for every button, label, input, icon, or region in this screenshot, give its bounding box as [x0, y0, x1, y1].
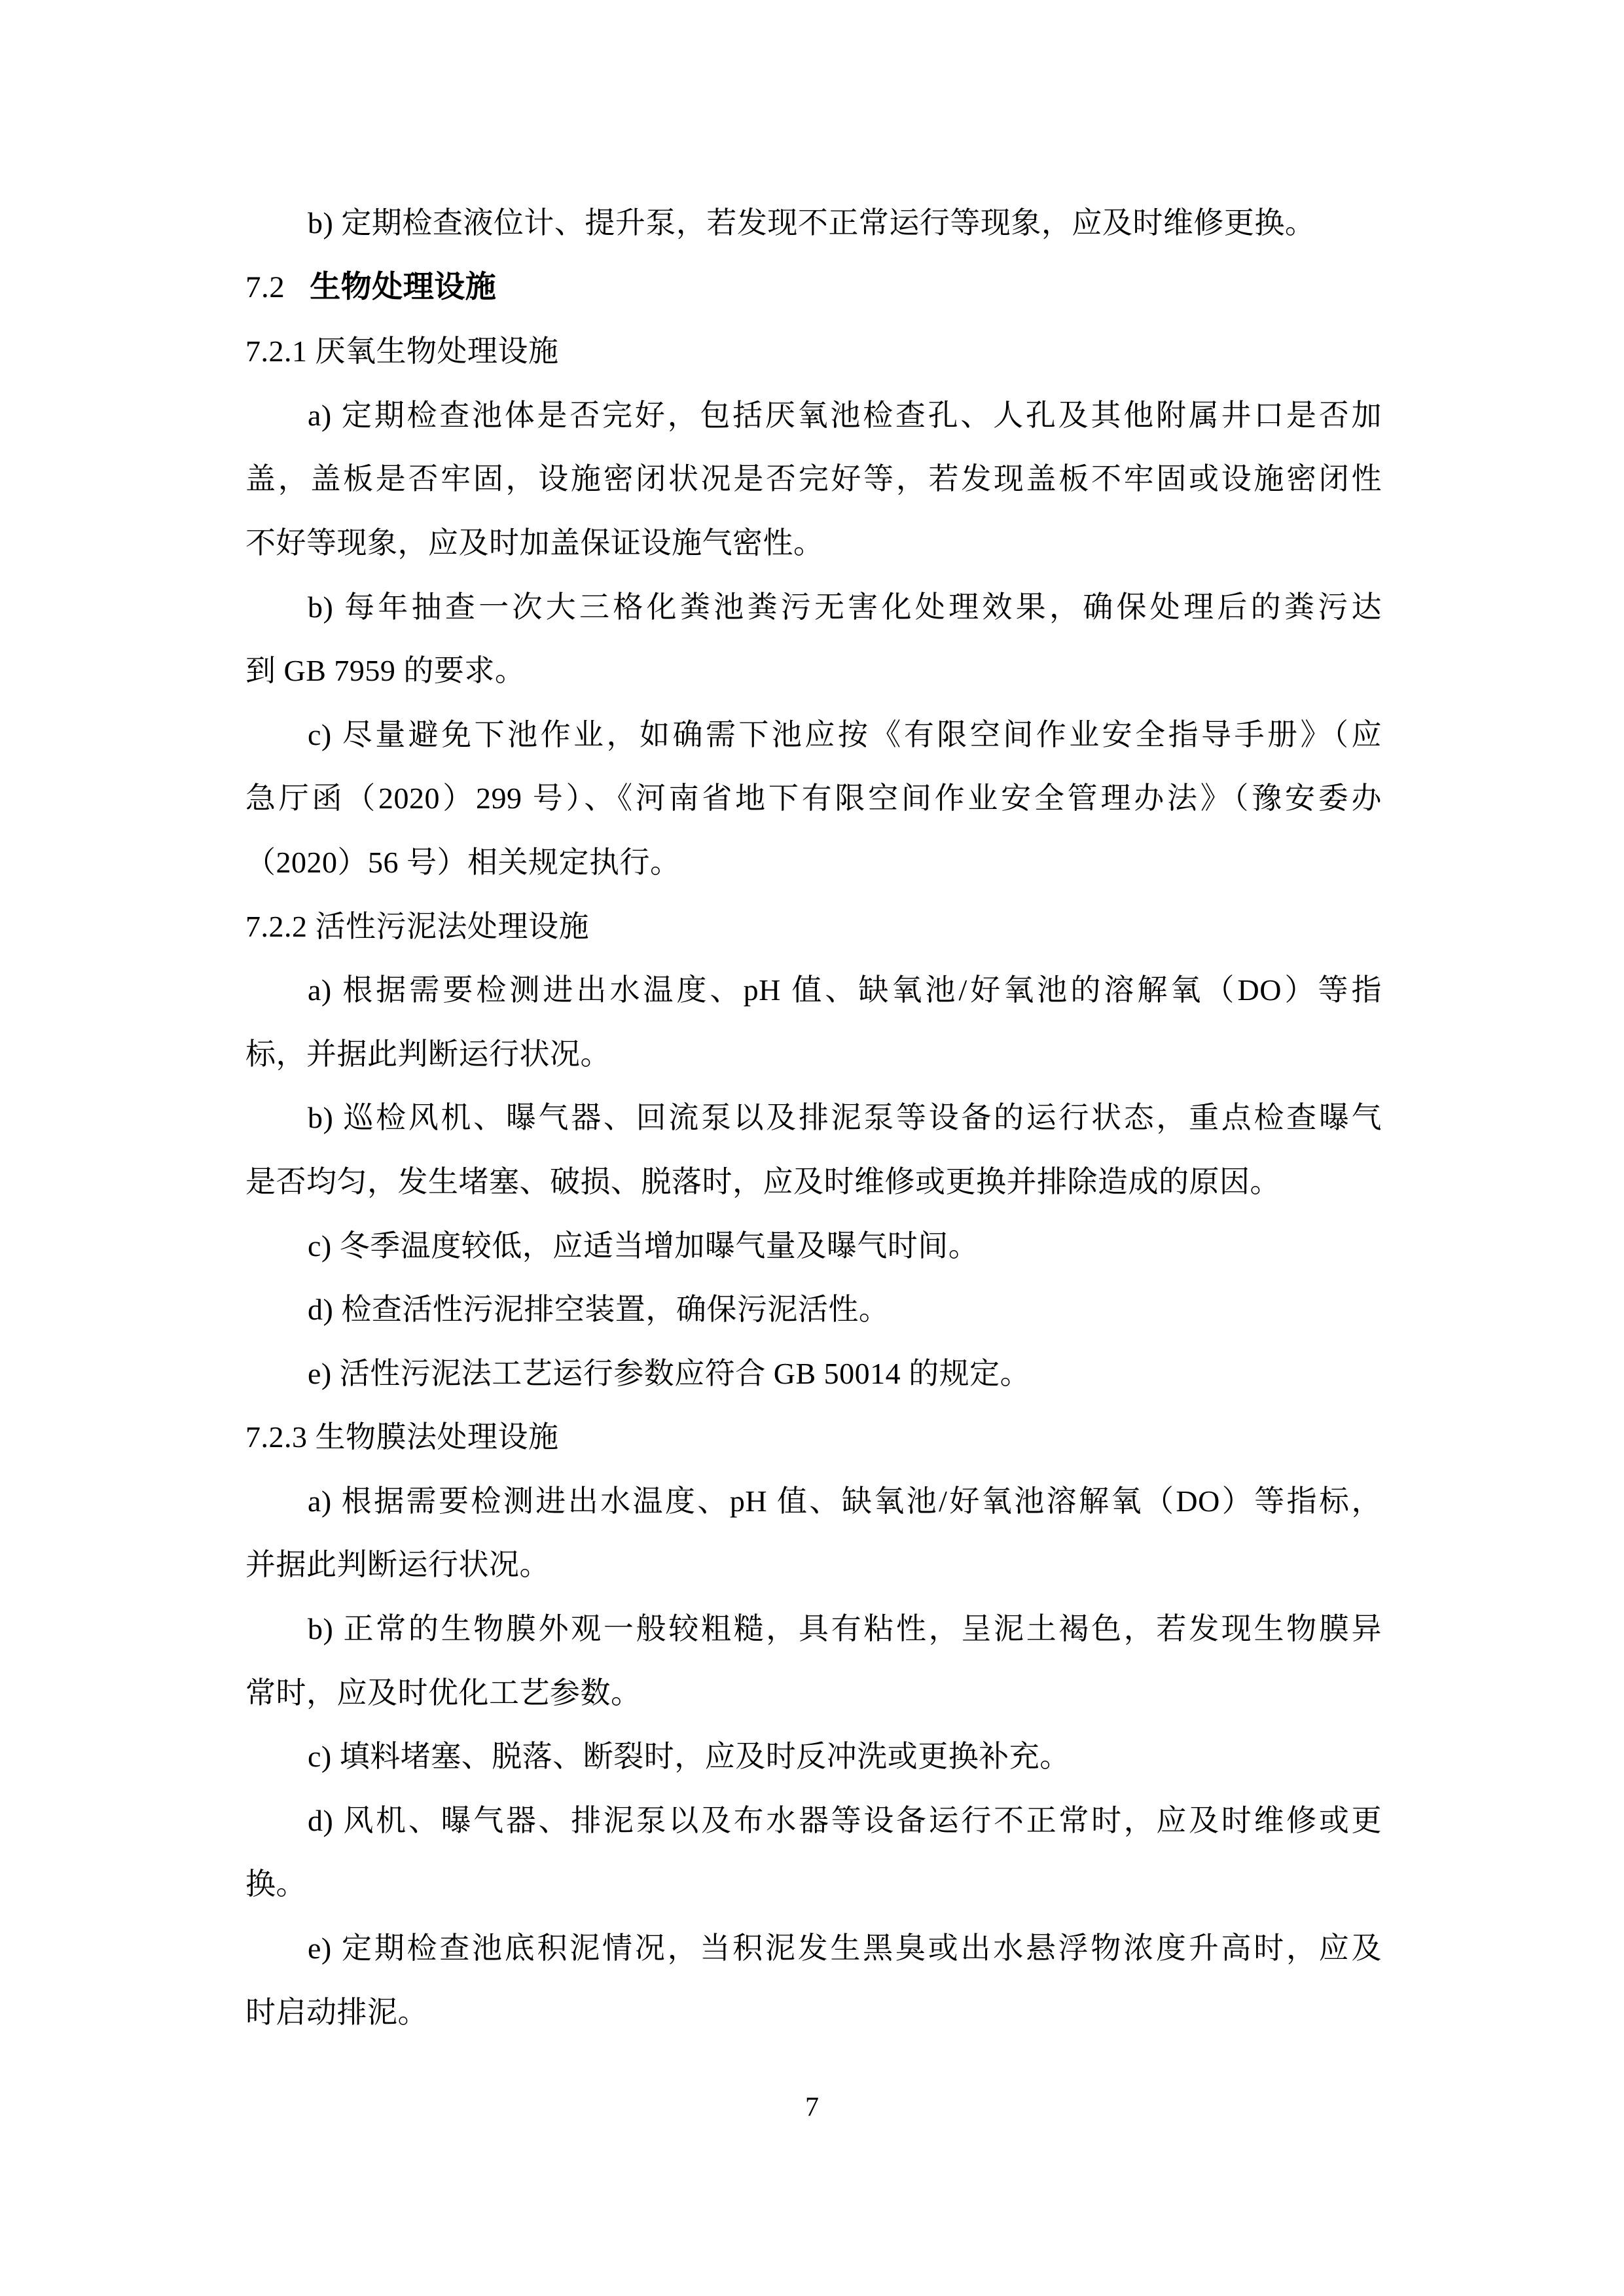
paragraph-line: b) 正常的生物膜外观一般较粗糙，具有粘性，呈泥土褐色，若发现生物膜异: [245, 1597, 1382, 1661]
paragraph-line: e) 活性污泥法工艺运行参数应符合 GB 50014 的规定。: [245, 1342, 1382, 1406]
section-heading: 7.2生物处理设施: [245, 255, 1382, 320]
paragraph-line: 常时，应及时优化工艺参数。: [245, 1661, 1382, 1725]
paragraph-line: b) 定期检查液位计、提升泵，若发现不正常运行等现象，应及时维修更换。: [245, 191, 1382, 255]
paragraph-line: 时启动排泥。: [245, 1981, 1382, 2045]
section-number: 7.2: [245, 270, 285, 304]
paragraph-line: c) 尽量避免下池作业，如确需下池应按《有限空间作业安全指导手册》（应: [245, 703, 1382, 767]
paragraph-line: d) 风机、曝气器、排泥泵以及布水器等设备运行不正常时，应及时维修或更: [245, 1789, 1382, 1853]
subsection-heading: 7.2.2 活性污泥法处理设施: [245, 895, 1382, 959]
paragraph-line: 急厅函（2020）299 号）、《河南省地下有限空间作业安全管理办法》（豫安委办: [245, 766, 1382, 831]
paragraph-line: 标，并据此判断运行状况。: [245, 1022, 1382, 1086]
document-body: b) 定期检查液位计、提升泵，若发现不正常运行等现象，应及时维修更换。 7.2生…: [245, 191, 1382, 2044]
subsection-heading: 7.2.3 生物膜法处理设施: [245, 1405, 1382, 1469]
paragraph-line: d) 检查活性污泥排空装置，确保污泥活性。: [245, 1278, 1382, 1342]
paragraph-line: c) 填料堵塞、脱落、断裂时，应及时反冲洗或更换补充。: [245, 1725, 1382, 1789]
paragraph-line: 换。: [245, 1852, 1382, 1916]
paragraph-line: b) 每年抽查一次大三格化粪池粪污无害化处理效果，确保处理后的粪污达: [245, 575, 1382, 639]
paragraph-line: 不好等现象，应及时加盖保证设施气密性。: [245, 511, 1382, 575]
paragraph-line: b) 巡检风机、曝气器、回流泵以及排泥泵等设备的运行状态，重点检查曝气: [245, 1086, 1382, 1150]
document-page: { "doc": { "page_number": "7", "lines": …: [0, 0, 1624, 2296]
page-number: 7: [0, 2088, 1624, 2127]
paragraph-line: e) 定期检查池底积泥情况，当积泥发生黑臭或出水悬浮物浓度升高时，应及: [245, 1916, 1382, 1981]
paragraph-line: 是否均匀，发生堵塞、破损、脱落时，应及时维修或更换并排除造成的原因。: [245, 1150, 1382, 1214]
subsection-heading: 7.2.1 厌氧生物处理设施: [245, 319, 1382, 384]
paragraph-line: a) 定期检查池体是否完好，包括厌氧池检查孔、人孔及其他附属井口是否加: [245, 384, 1382, 448]
paragraph-line: c) 冬季温度较低，应适当增加曝气量及曝气时间。: [245, 1214, 1382, 1278]
paragraph-line: a) 根据需要检测进出水温度、pH 值、缺氧池/好氧池的溶解氧（DO）等指: [245, 958, 1382, 1022]
paragraph-line: （2020）56 号）相关规定执行。: [245, 831, 1382, 895]
section-title: 生物处理设施: [310, 269, 496, 305]
paragraph-line: a) 根据需要检测进出水温度、pH 值、缺氧池/好氧池溶解氧（DO）等指标，: [245, 1469, 1382, 1534]
paragraph-line: 到 GB 7959 的要求。: [245, 639, 1382, 703]
paragraph-line: 并据此判断运行状况。: [245, 1533, 1382, 1597]
paragraph-line: 盖，盖板是否牢固，设施密闭状况是否完好等，若发现盖板不牢固或设施密闭性: [245, 447, 1382, 511]
